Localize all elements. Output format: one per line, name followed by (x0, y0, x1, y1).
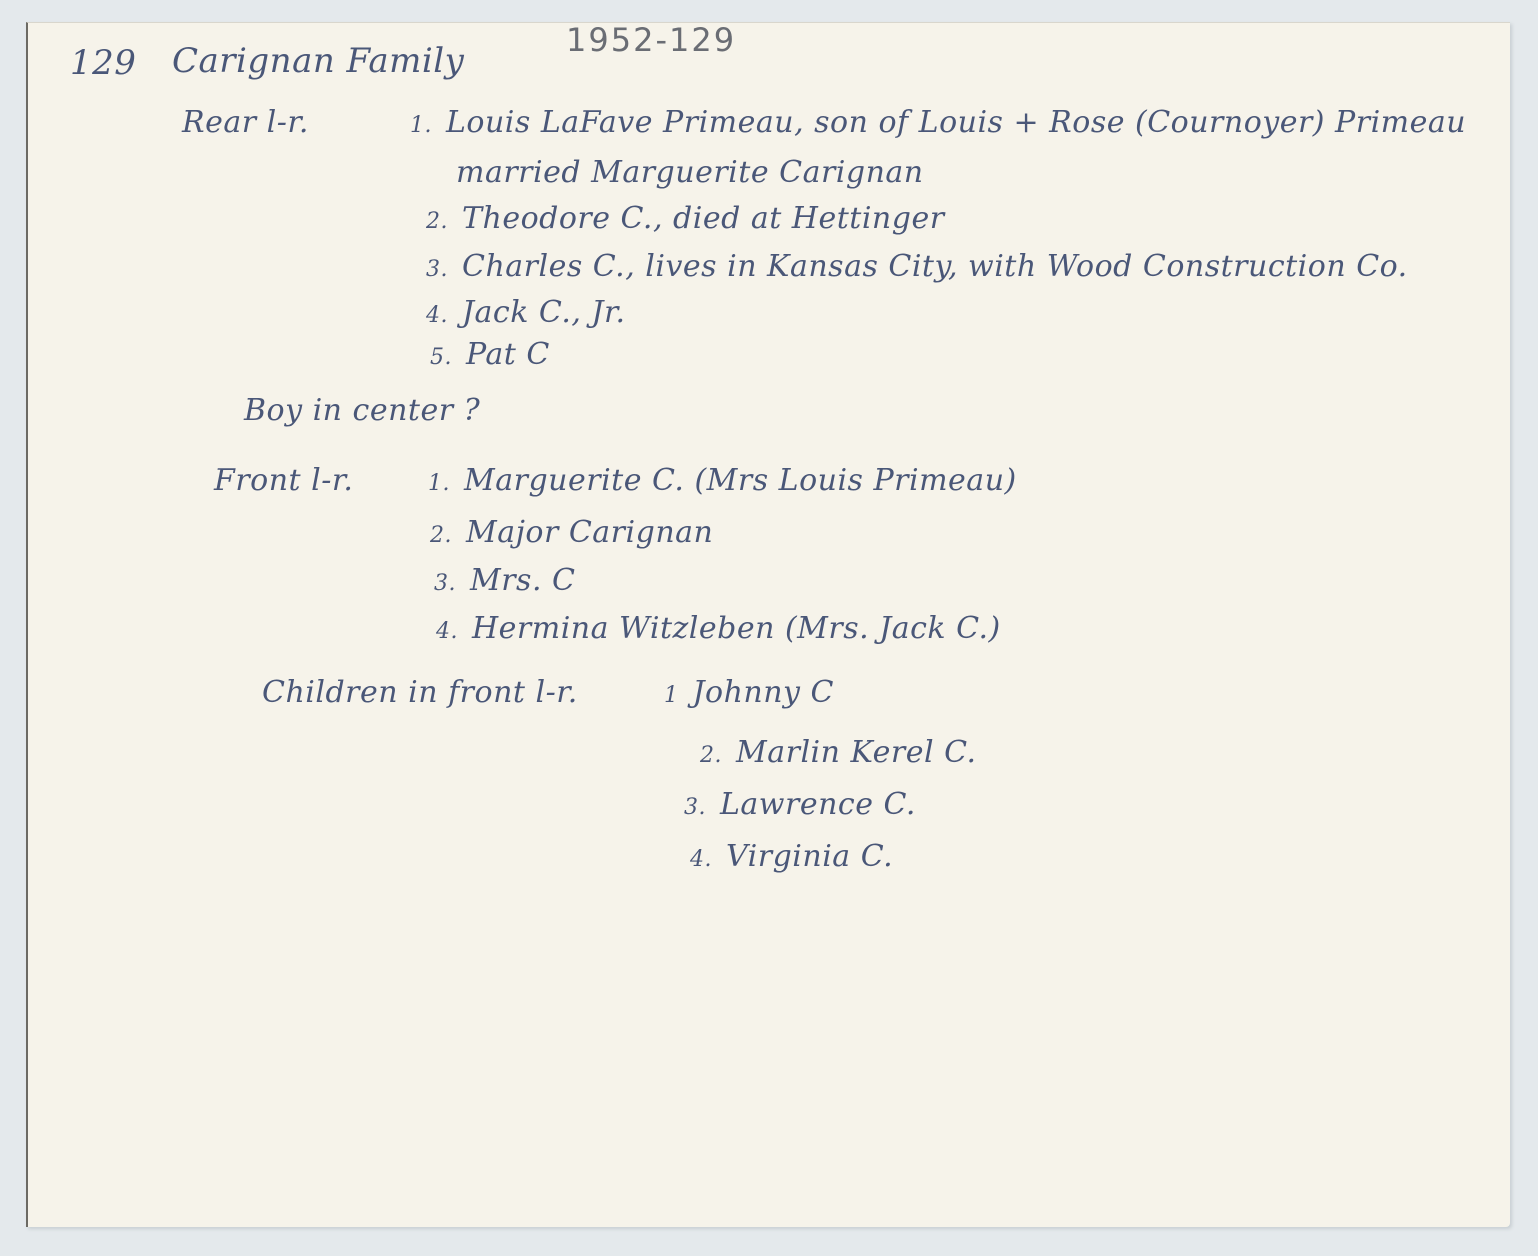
front-item-4: 4.Hermina Witzleben (Mrs. Jack C.) (436, 614, 1001, 644)
item-text: Pat C (466, 337, 550, 372)
item-text: Theodore C., died at Hettinger (462, 201, 945, 236)
item-text: Charles C., lives in Kansas City, with W… (462, 249, 1408, 284)
item-number: 3. (684, 797, 706, 819)
boy-in-center-note: Boy in center ? (244, 396, 480, 426)
item-text: Virginia C. (726, 839, 893, 874)
children-item-3: 3.Lawrence C. (684, 790, 916, 820)
item-text: Marlin Kerel C. (736, 735, 977, 770)
rear-item-4: 4.Jack C., Jr. (426, 298, 626, 328)
front-item-2: 2.Major Carignan (430, 518, 713, 548)
item-number: 4. (690, 849, 712, 871)
children-item-4: 4.Virginia C. (690, 842, 893, 872)
item-number: 129 (70, 46, 136, 80)
item-text: Major Carignan (466, 515, 713, 550)
rear-item-1: 1.Louis LaFave Primeau, son of Louis + R… (410, 108, 1466, 138)
item-number: 5. (430, 347, 452, 369)
rear-item-2: 2.Theodore C., died at Hettinger (426, 204, 945, 234)
item-number: 2. (700, 745, 722, 767)
item-number: 2. (430, 525, 452, 547)
item-text: Johnny C (693, 675, 835, 710)
front-item-1: 1.Marguerite C. (Mrs Louis Primeau) (428, 466, 1017, 496)
item-text: Jack C., Jr. (462, 295, 626, 330)
item-text: Lawrence C. (720, 787, 916, 822)
rear-item-3: 3.Charles C., lives in Kansas City, with… (426, 252, 1408, 282)
rear-label: Rear l-r. (182, 108, 309, 138)
item-number: 4. (436, 621, 458, 643)
front-label: Front l-r. (214, 466, 353, 496)
item-number: 1. (428, 473, 450, 495)
children-item-2: 2.Marlin Kerel C. (700, 738, 977, 768)
rear-item-5: 5.Pat C (430, 340, 550, 370)
item-number: 2. (426, 211, 448, 233)
item-text: Marguerite C. (Mrs Louis Primeau) (464, 463, 1017, 498)
document-title: Carignan Family (172, 44, 464, 78)
children-item-1: 1Johnny C (664, 678, 834, 708)
item-number: 4. (426, 305, 448, 327)
item-text: Mrs. C (470, 563, 575, 598)
children-label: Children in front l-r. (262, 678, 578, 708)
item-number: 1. (410, 115, 432, 137)
item-text: Hermina Witzleben (Mrs. Jack C.) (472, 611, 1001, 646)
rear-item-1-continuation: married Marguerite Carignan (456, 158, 924, 188)
item-text: Louis LaFave Primeau, son of Louis + Ros… (446, 105, 1466, 140)
item-number: 3. (426, 259, 448, 281)
item-number: 1 (664, 685, 679, 707)
accession-number: 1952-129 (566, 24, 736, 56)
front-item-3: 3.Mrs. C (434, 566, 575, 596)
item-number: 3. (434, 573, 456, 595)
